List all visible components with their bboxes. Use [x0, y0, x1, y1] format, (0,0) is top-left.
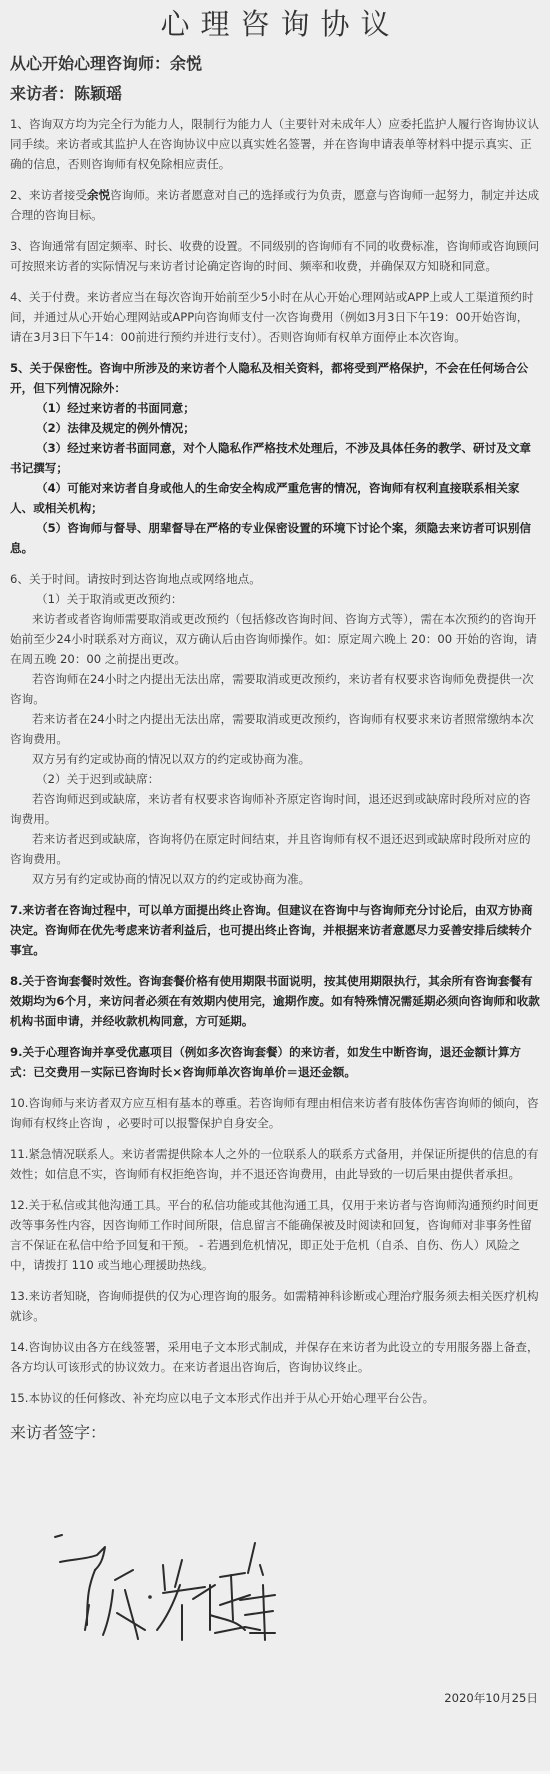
clause-2: 2、来访者接受余悦咨询师。来访者愿意对自己的选择或行为负责，愿意与咨询师一起努力…: [10, 185, 540, 225]
clause-5-item: （2）法律及规定的例外情况；: [10, 418, 540, 438]
clause-3: 3、咨询通常有固定频率、时长、收费的设置。不同级别的咨询师有不同的收费标准，咨询…: [10, 236, 540, 276]
clause-5-item: （5）咨询师与督导、朋辈督导在严格的专业保密设置的环境下讨论个案，须隐去来访者可…: [10, 518, 540, 558]
clause-1: 1、咨询双方均为完全行为能力人，限制行为能力人（主要针对未成年人）应委托监护人履…: [10, 114, 540, 174]
clause-4: 4、关于付费。来访者应当在每次咨询开始前至少5小时在从心开始心理网站或APP上或…: [10, 287, 540, 347]
visitor-line: 来访者：陈颖瑶: [10, 81, 122, 104]
signature-label: 来访者签字：: [10, 1420, 106, 1443]
clause-6-sub2-item: 若来访者迟到或缺席，咨询将仍在原定时间结束，并且咨询师有权不退还迟到或缺席时段所…: [10, 829, 540, 869]
clause-11: 11.紧急情况联系人。来访者需提供除本人之外的一位联系人的联系方式备用，并保证所…: [10, 1144, 540, 1184]
clause-6-sub2-item: 若咨询师迟到或缺席，来访者有权要求咨询师补齐原定咨询时间，退还迟到或缺席时段所对…: [10, 789, 540, 829]
clause-5-item: （3）经过来访者书面同意，对个人隐私作严格技术处理后，不涉及具体任务的教学、研讨…: [10, 438, 540, 478]
clause-12: 12.关于私信或其他沟通工具。平台的私信功能或其他沟通工具，仅用于来访者与咨询师…: [10, 1195, 540, 1275]
clause-6-sub1-item: 双方另有约定或协商的情况以双方的约定或协商为准。: [10, 749, 540, 769]
agreement-page: 心理咨询协议 从心开始心理咨询师：余悦 来访者：陈颖瑶 1、咨询双方均为完全行为…: [0, 0, 550, 1774]
clause-6-sub1-item: 来访者或者咨询师需要取消或更改预约（包括修改咨询时间、咨询方式等），需在本次预约…: [10, 609, 540, 669]
clause-6-sub2-item: 双方另有约定或协商的情况以双方的约定或协商为准。: [10, 869, 540, 889]
clause-5-item: （4）可能对来访者自身或他人的生命安全构成严重危害的情况，咨询师有权利直接联系相…: [10, 478, 540, 518]
clause-10: 10.咨询师与来访者双方应互相有基本的尊重。若咨询师有理由相信来访者有肢体伤害咨…: [10, 1093, 540, 1133]
clause-6-intro: 6、关于时间。请按时到达咨询地点或网络地点。: [10, 569, 540, 589]
clause-8: 8.关于咨询套餐时效性。咨询套餐价格有使用期限书面说明，按其使用期限执行，其余所…: [10, 971, 540, 1031]
clause-7: 7.来访者在咨询过程中，可以单方面提出终止咨询。但建议在咨询中与咨询师充分讨论后…: [10, 900, 540, 960]
clause-6-sub1-title: （1）关于取消或更改预约：: [10, 589, 540, 609]
clause-5: 5、关于保密性。咨询中所涉及的来访者个人隐私及相关资料，都将受到严格保护，不会在…: [10, 358, 540, 558]
clause-9: 9.关于心理咨询并享受优惠项目（例如多次咨询套餐）的来访者，如发生中断咨询，退还…: [10, 1042, 540, 1082]
clause-15: 15.本协议的任何修改、补充均应以电子文本形式作出并于从心开始心理平台公告。: [10, 1388, 540, 1408]
signing-date: 2020年10月25日: [444, 1690, 538, 1706]
handwritten-signature: 陈颖瑶: [45, 1515, 295, 1655]
clause-14: 14.咨询协议由各方在线签署，采用电子文本形式制成，并保存在来访者为此设立的专用…: [10, 1337, 540, 1377]
clause-5-intro: 5、关于保密性。咨询中所涉及的来访者个人隐私及相关资料，都将受到严格保护，不会在…: [10, 358, 540, 398]
clause-2-prefix: 2、来访者接受: [10, 188, 87, 202]
clause-6-sub1-item: 若咨询师在24小时之内提出无法出席，需要取消或更改预约，来访者有权要求咨询师免费…: [10, 669, 540, 709]
agreement-body: 1、咨询双方均为完全行为能力人，限制行为能力人（主要针对未成年人）应委托监护人履…: [10, 114, 540, 1419]
counselor-name-inline: 余悦: [87, 188, 110, 202]
clause-6-sub1-item: 若来访者在24小时之内提出无法出席，需要取消或更改预约，咨询师有权要求来访者照常…: [10, 709, 540, 749]
clause-6: 6、关于时间。请按时到达咨询地点或网络地点。 （1）关于取消或更改预约： 来访者…: [10, 569, 540, 889]
document-title: 心理咨询协议: [0, 2, 550, 43]
clause-6-sub2-title: （2）关于迟到或缺席：: [10, 769, 540, 789]
clause-13: 13.来访者知晓，咨询师提供的仅为心理咨询的服务。如需精神科诊断或心理治疗服务须…: [10, 1286, 540, 1326]
counselor-line: 从心开始心理咨询师：余悦: [10, 51, 202, 74]
clause-5-item: （1）经过来访者的书面同意；: [10, 398, 540, 418]
